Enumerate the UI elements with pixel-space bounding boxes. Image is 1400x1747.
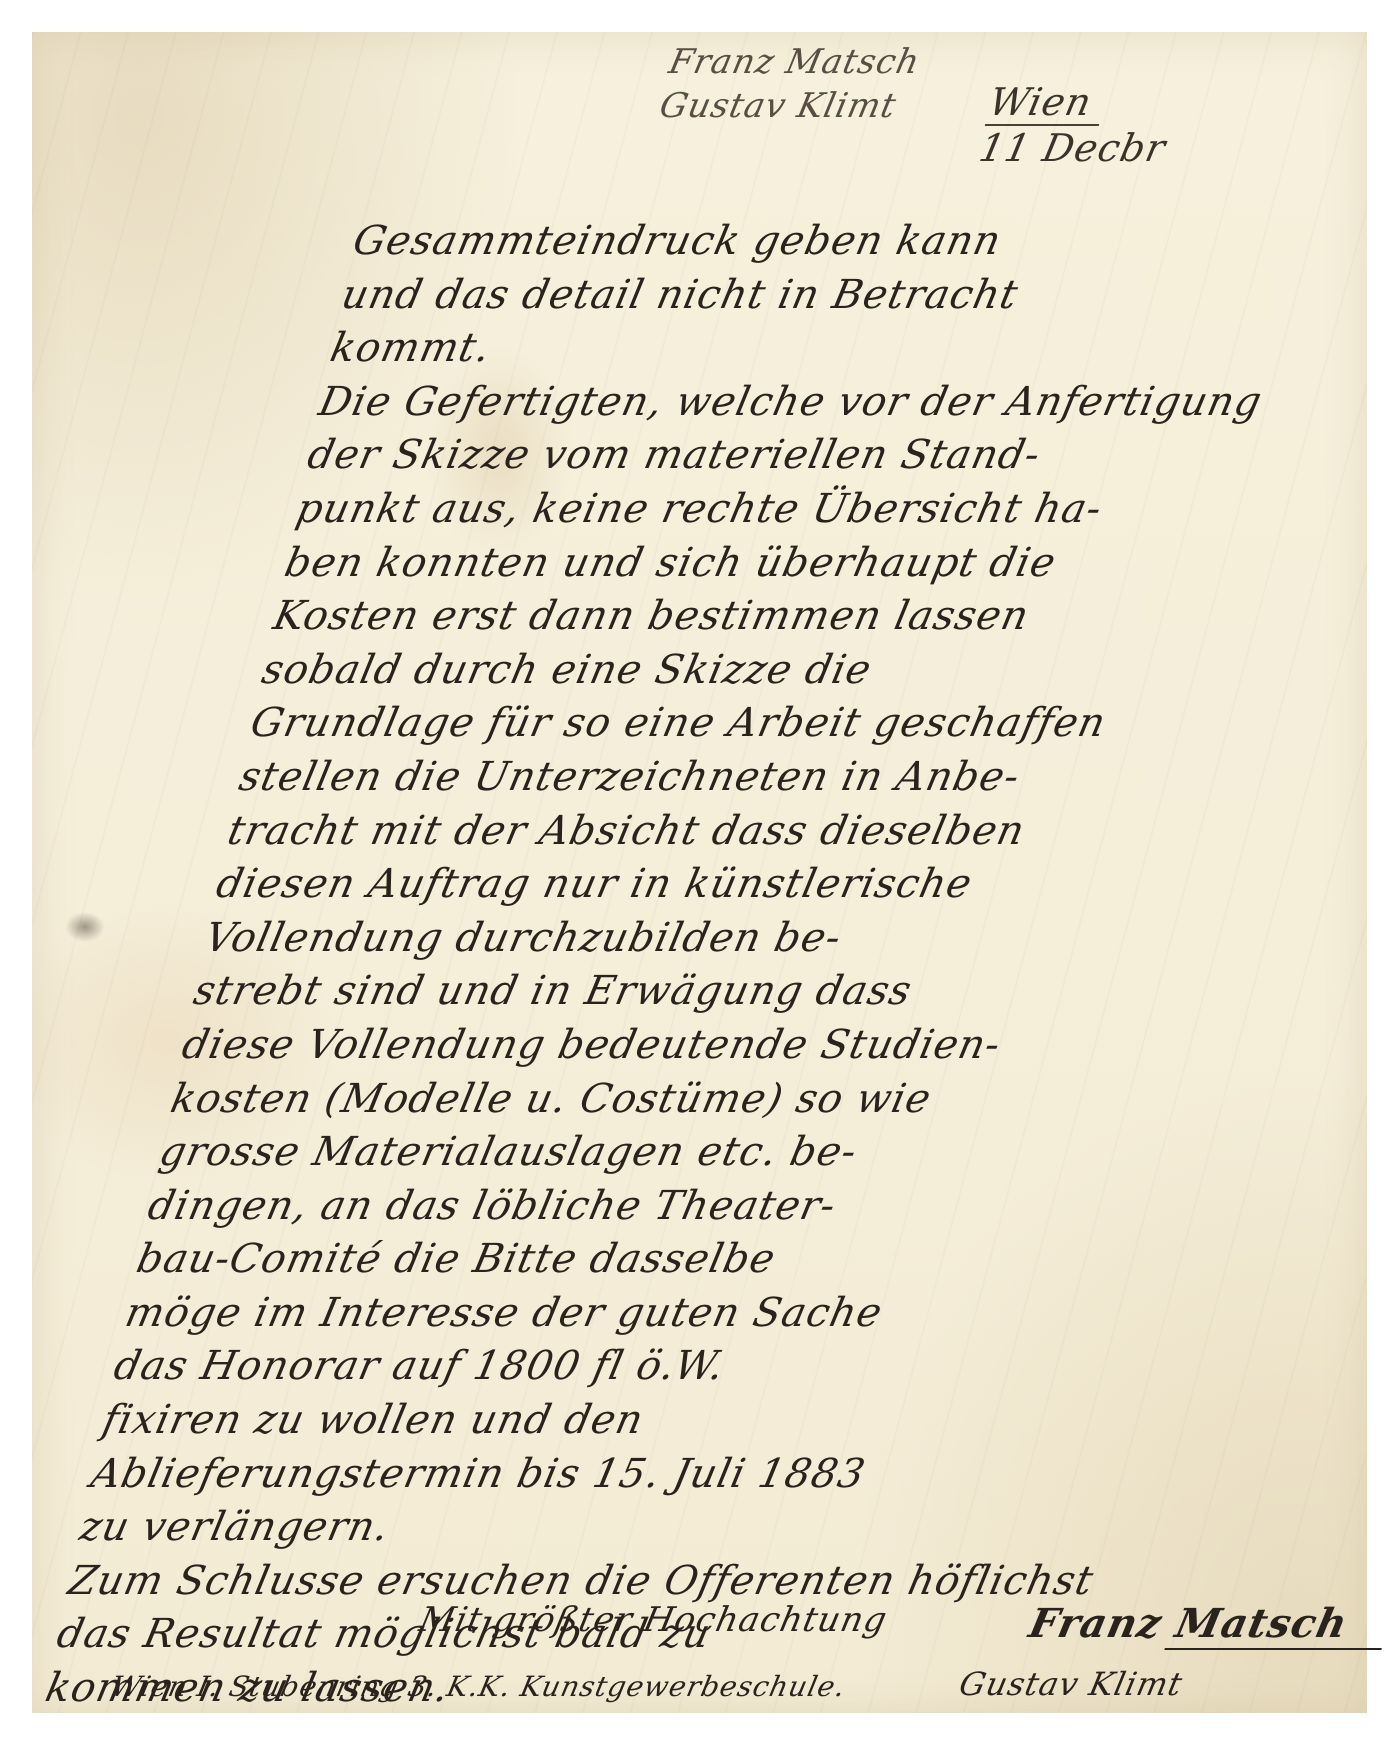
header-place-date: Wien 11 Decbr (975, 80, 1179, 170)
body-line: punkt aus, keine rechte Übersicht ha- (291, 483, 1326, 537)
header-names: Franz Matsch Gustav Klimt (656, 40, 925, 128)
body-line: bau-Comité die Bitte dasselbe (132, 1233, 1167, 1287)
body-line: kommt. (325, 322, 1360, 376)
body-line: zu verlängern. (75, 1501, 1110, 1555)
body-line-deadline: Ablieferungstermin bis 15. Juli 1883 (86, 1448, 1121, 1502)
ink-smudge (65, 912, 105, 942)
body-line: Grundlage für so eine Arbeit geschaffen (246, 697, 1281, 751)
header-name-matsch: Franz Matsch (665, 40, 924, 84)
body-line: grosse Materialauslagen etc. be- (154, 1126, 1189, 1180)
body-line: dingen, an das löbliche Theater- (143, 1180, 1178, 1234)
body-line: Gesammteindruck geben kann (348, 215, 1383, 269)
body-line-honorar: das Honorar auf 1800 fl ö.W. (109, 1340, 1144, 1394)
body-line: Kosten erst dann bestimmen lassen (268, 590, 1303, 644)
body-line: diesen Auftrag nur in künstlerische (211, 858, 1246, 912)
signature-matsch: Franz Matsch (1025, 1600, 1352, 1647)
header-place: Wien (985, 80, 1108, 126)
body-line: sobald durch eine Skizze die (257, 644, 1292, 698)
body-line: diese Vollendung bedeutende Studien- (177, 1019, 1212, 1073)
body-line: stellen die Unterzeichneten in Anbe- (234, 751, 1269, 805)
header-date: 11 Decbr (975, 126, 1170, 170)
body-line: der Skizze vom materiellen Stand- (303, 429, 1338, 483)
body-line: tracht mit der Absicht dass dieselben (223, 805, 1258, 859)
body-line: möge im Interesse der guten Sache (120, 1287, 1155, 1341)
signature-klimt: Gustav Klimt (956, 1665, 1186, 1703)
header-name-klimt: Gustav Klimt (656, 84, 915, 128)
body-line: fixiren zu wollen und den (97, 1394, 1132, 1448)
body-line: strebt sind und in Erwägung dass (189, 965, 1224, 1019)
body-line: Vollendung durchzubilden be- (200, 912, 1235, 966)
body-line: Die Gefertigten, welche vor der Anfertig… (314, 376, 1349, 430)
body-line: ben konnten und sich überhaupt die (280, 537, 1315, 591)
footer-address-note: Wien I. Stubenring 3. K.K. Kunstgewerbes… (108, 1670, 848, 1703)
body-line: und das detail nicht in Betracht (337, 269, 1372, 323)
body-line: kosten (Modelle u. Costüme) so wie (166, 1073, 1201, 1127)
closing-salutation: Mit größter Hochachtung (416, 1600, 891, 1640)
